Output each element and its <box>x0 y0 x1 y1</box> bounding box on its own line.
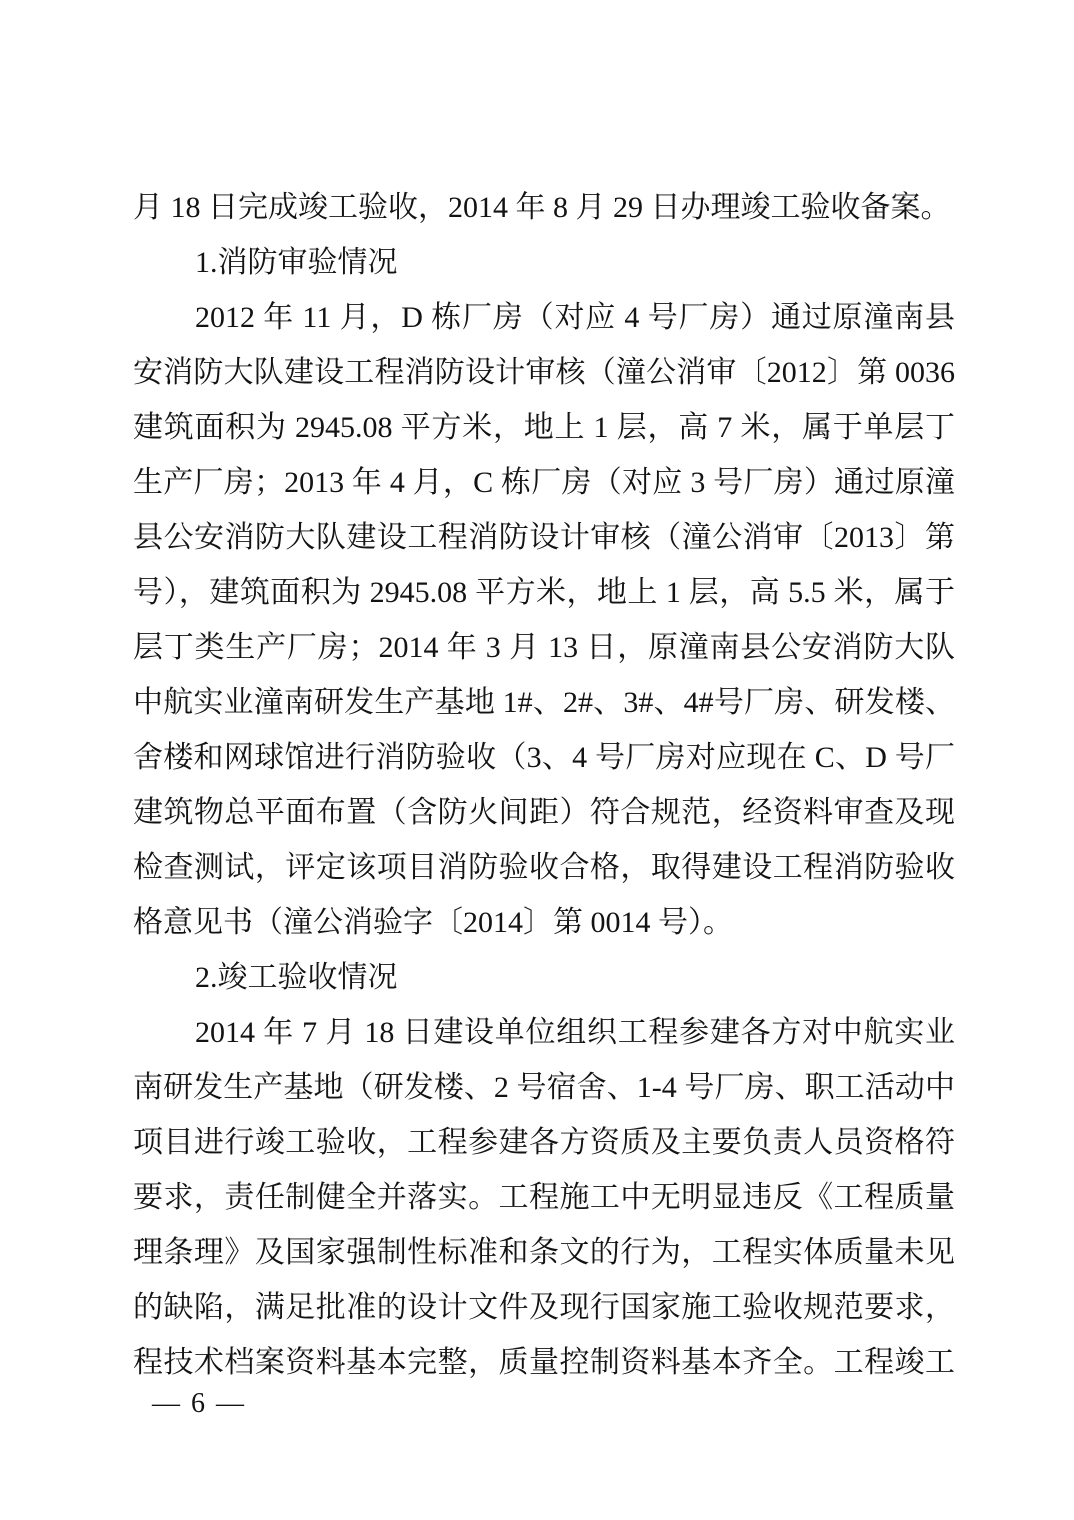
text-line: 格意见书（潼公消验字〔2014〕第 0014 号）。 <box>133 895 955 950</box>
text-line: 南研发生产基地（研发楼、2 号宿舍、1-4 号厂房、职工活动中心） <box>133 1060 955 1115</box>
text-line: 理条理》及国家强制性标准和条文的行为，工程实体质量未见大 <box>133 1225 955 1280</box>
text-line: 2014 年 7 月 18 日建设单位组织工程参建各方对中航实业潼 <box>133 1005 955 1060</box>
text-line: 安消防大队建设工程消防设计审核（潼公消审〔2012〕第 0036 号）， <box>133 345 955 400</box>
text-line: 的缺陷，满足批准的设计文件及现行国家施工验收规范要求，工 <box>133 1280 955 1335</box>
text-line: 1.消防审验情况 <box>133 235 955 290</box>
text-lines: 月 18 日完成竣工验收，2014 年 8 月 29 日办理竣工验收备案。1.消… <box>133 180 955 1390</box>
text-line: 建筑物总平面布置（含防火间距）符合规范，经资料审查及现场 <box>133 785 955 840</box>
text-line: 项目进行竣工验收，工程参建各方资质及主要负责人员资格符合 <box>133 1115 955 1170</box>
text-line: 2.竣工验收情况 <box>133 950 955 1005</box>
text-line: 县公安消防大队建设工程消防设计审核（潼公消审〔2013〕第 0012 <box>133 510 955 565</box>
text-line: 检查测试，评定该项目消防验收合格，取得建设工程消防验收合 <box>133 840 955 895</box>
document-page: 月 18 日完成竣工验收，2014 年 8 月 29 日办理竣工验收备案。1.消… <box>0 0 1074 1520</box>
text-line: 建筑面积为 2945.08 平方米，地上 1 层，高 7 米，属于单层丁类 <box>133 400 955 455</box>
text-line: 号），建筑面积为 2945.08 平方米，地上 1 层，高 5.5 米，属于单 <box>133 565 955 620</box>
text-line: 生产厂房；2013 年 4 月，C 栋厂房（对应 3 号厂房）通过原潼南 <box>133 455 955 510</box>
text-line: 要求，责任制健全并落实。工程施工中无明显违反《工程质量管 <box>133 1170 955 1225</box>
text-line: 中航实业潼南研发生产基地 1#、2#、3#、4#号厂房、研发楼、宿 <box>133 675 955 730</box>
text-line: 舍楼和网球馆进行消防验收（3、4 号厂房对应现在 C、D 号厂房）， <box>133 730 955 785</box>
page-number: — 6 — <box>152 1384 246 1424</box>
text-line: 2012 年 11 月，D 栋厂房（对应 4 号厂房）通过原潼南县公 <box>133 290 955 345</box>
text-line: 程技术档案资料基本完整，质量控制资料基本齐全。工程竣工验 <box>133 1335 955 1390</box>
text-line: 层丁类生产厂房；2014 年 3 月 13 日，原潼南县公安消防大队对 <box>133 620 955 675</box>
text-line: 月 18 日完成竣工验收，2014 年 8 月 29 日办理竣工验收备案。 <box>133 180 955 235</box>
